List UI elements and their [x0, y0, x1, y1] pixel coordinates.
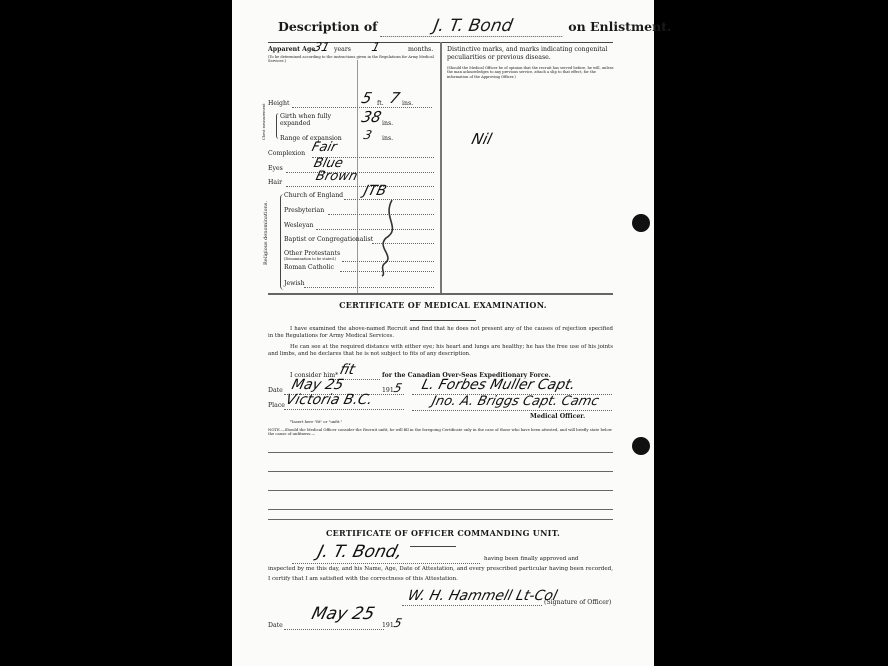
- religion-option: Presbyterian: [284, 207, 324, 214]
- brace: [276, 113, 279, 139]
- signature-line: [412, 410, 612, 411]
- religion-option: Baptist or Congregationalist: [284, 236, 373, 243]
- medical-officer-label: Medical Officer.: [530, 413, 585, 420]
- punch-hole: [632, 437, 650, 455]
- insert-footnote: *Insert here "fit" or "unfit.": [290, 420, 342, 424]
- height-label: Height: [268, 100, 289, 107]
- attestation-page: Description of J. T. Bond on Enlistment.…: [232, 0, 654, 666]
- religion-option: Roman Catholic: [284, 264, 334, 271]
- medical-signature-2: Jno. A. Briggs Capt. Camc: [430, 394, 600, 409]
- distinctive-marks-note: (Should the Medical Officer be of opinio…: [447, 66, 615, 79]
- feet-unit: ft.: [377, 100, 384, 107]
- distinctive-marks-value: Nil: [470, 130, 494, 148]
- religion-option: Church of England: [284, 192, 343, 199]
- field-line: [286, 172, 434, 173]
- commanding-year-digit: 5: [392, 616, 403, 630]
- commanding-date-value: May 25: [310, 604, 377, 624]
- signature-line: [402, 605, 542, 606]
- hair-label: Hair: [268, 179, 282, 186]
- signature-of-officer-label: (Signature of Officer): [544, 599, 611, 606]
- divider: [268, 293, 613, 295]
- blank-line: [268, 519, 613, 520]
- distinctive-marks-heading: Distinctive marks, and marks indicating …: [447, 46, 617, 61]
- blank-line: [268, 452, 613, 453]
- apparent-age-label: Apparent Age: [268, 46, 315, 53]
- recruit-name-handwritten: J. T. Bond: [380, 16, 566, 37]
- medical-para-2: He can see at the required distance with…: [268, 344, 613, 359]
- girth-label: Girth when fully expanded: [280, 113, 350, 127]
- place-label: Place: [268, 402, 285, 409]
- field-line: [292, 107, 432, 108]
- religion-option: Jewish: [284, 280, 305, 287]
- year-digit: 5: [392, 381, 403, 395]
- age-years-value: 31: [312, 40, 331, 54]
- title-prefix: Description of: [278, 19, 378, 34]
- officer-signature: W. H. Hammell Lt-Col: [406, 588, 559, 604]
- blank-line: [268, 490, 613, 491]
- chest-side-label: Chest measurement: [262, 130, 266, 140]
- punch-hole: [632, 214, 650, 232]
- name-line: [292, 563, 480, 564]
- fitness-value: fit: [338, 362, 357, 378]
- approved-text: having been finally approved and: [484, 556, 579, 562]
- title-suffix: on Enlistment.: [568, 19, 671, 34]
- height-feet-value: 5: [360, 89, 374, 107]
- expansion-value: 3: [362, 128, 373, 142]
- medical-signature-1: L. Forbes Muller Capt.: [420, 377, 577, 393]
- medical-para-2-text: He can see at the required distance with…: [268, 344, 613, 357]
- medical-para-1-text: I have examined the above-named Recruit …: [268, 326, 613, 339]
- field-line: [304, 287, 434, 288]
- religion-initials: JTB: [362, 183, 388, 199]
- months-label: months.: [408, 46, 433, 53]
- unfit-note: NOTE.—Should the Medical Officer conside…: [268, 428, 613, 437]
- girth-value: 38: [360, 108, 384, 126]
- place-value: Victoria B.C.: [284, 392, 374, 408]
- blank-line: [268, 509, 613, 510]
- blank-line: [268, 471, 613, 472]
- medical-certificate-heading: CERTIFICATE OF MEDICAL EXAMINATION.: [232, 300, 654, 310]
- religion-option: Wesleyan: [284, 222, 314, 229]
- divider: [410, 546, 456, 547]
- years-label: years: [334, 46, 351, 53]
- field-line: [286, 186, 434, 187]
- field-line: [284, 409, 404, 410]
- complexion-label: Complexion: [268, 150, 305, 157]
- complexion-value: Fair: [310, 140, 338, 155]
- commanding-recruit-name: J. T. Bond,: [316, 542, 405, 562]
- column-divider: [440, 42, 442, 294]
- medical-para-1: I have examined the above-named Recruit …: [268, 326, 613, 341]
- medical-date-value: May 25: [290, 377, 345, 393]
- commanding-date-label: Date: [268, 622, 283, 629]
- ditto-squiggle: [372, 198, 402, 278]
- religion-option: Other Protestants: [284, 250, 340, 257]
- eyes-label: Eyes: [268, 165, 283, 172]
- religion-side-label: Religious denominations.: [264, 201, 268, 265]
- commanding-certificate-heading: CERTIFICATE OF OFFICER COMMANDING UNIT.: [232, 528, 654, 538]
- field-line: [284, 629, 384, 630]
- hair-value: Brown: [314, 169, 359, 184]
- expansion-unit: ins.: [382, 135, 393, 142]
- girth-unit: ins.: [382, 120, 393, 127]
- other-protestants-note: (Denomination to be stated.): [284, 257, 336, 261]
- commanding-para: inspected by me this day, and his Name, …: [268, 565, 613, 584]
- height-inches-value: 7: [388, 89, 402, 107]
- inches-unit: ins.: [402, 100, 413, 107]
- divider: [410, 320, 476, 321]
- document-title: Description of J. T. Bond on Enlistment.: [278, 16, 671, 37]
- column-divider: [357, 60, 358, 295]
- age-note: (To be determined according to the instr…: [268, 55, 436, 64]
- date-label: Date: [268, 387, 283, 394]
